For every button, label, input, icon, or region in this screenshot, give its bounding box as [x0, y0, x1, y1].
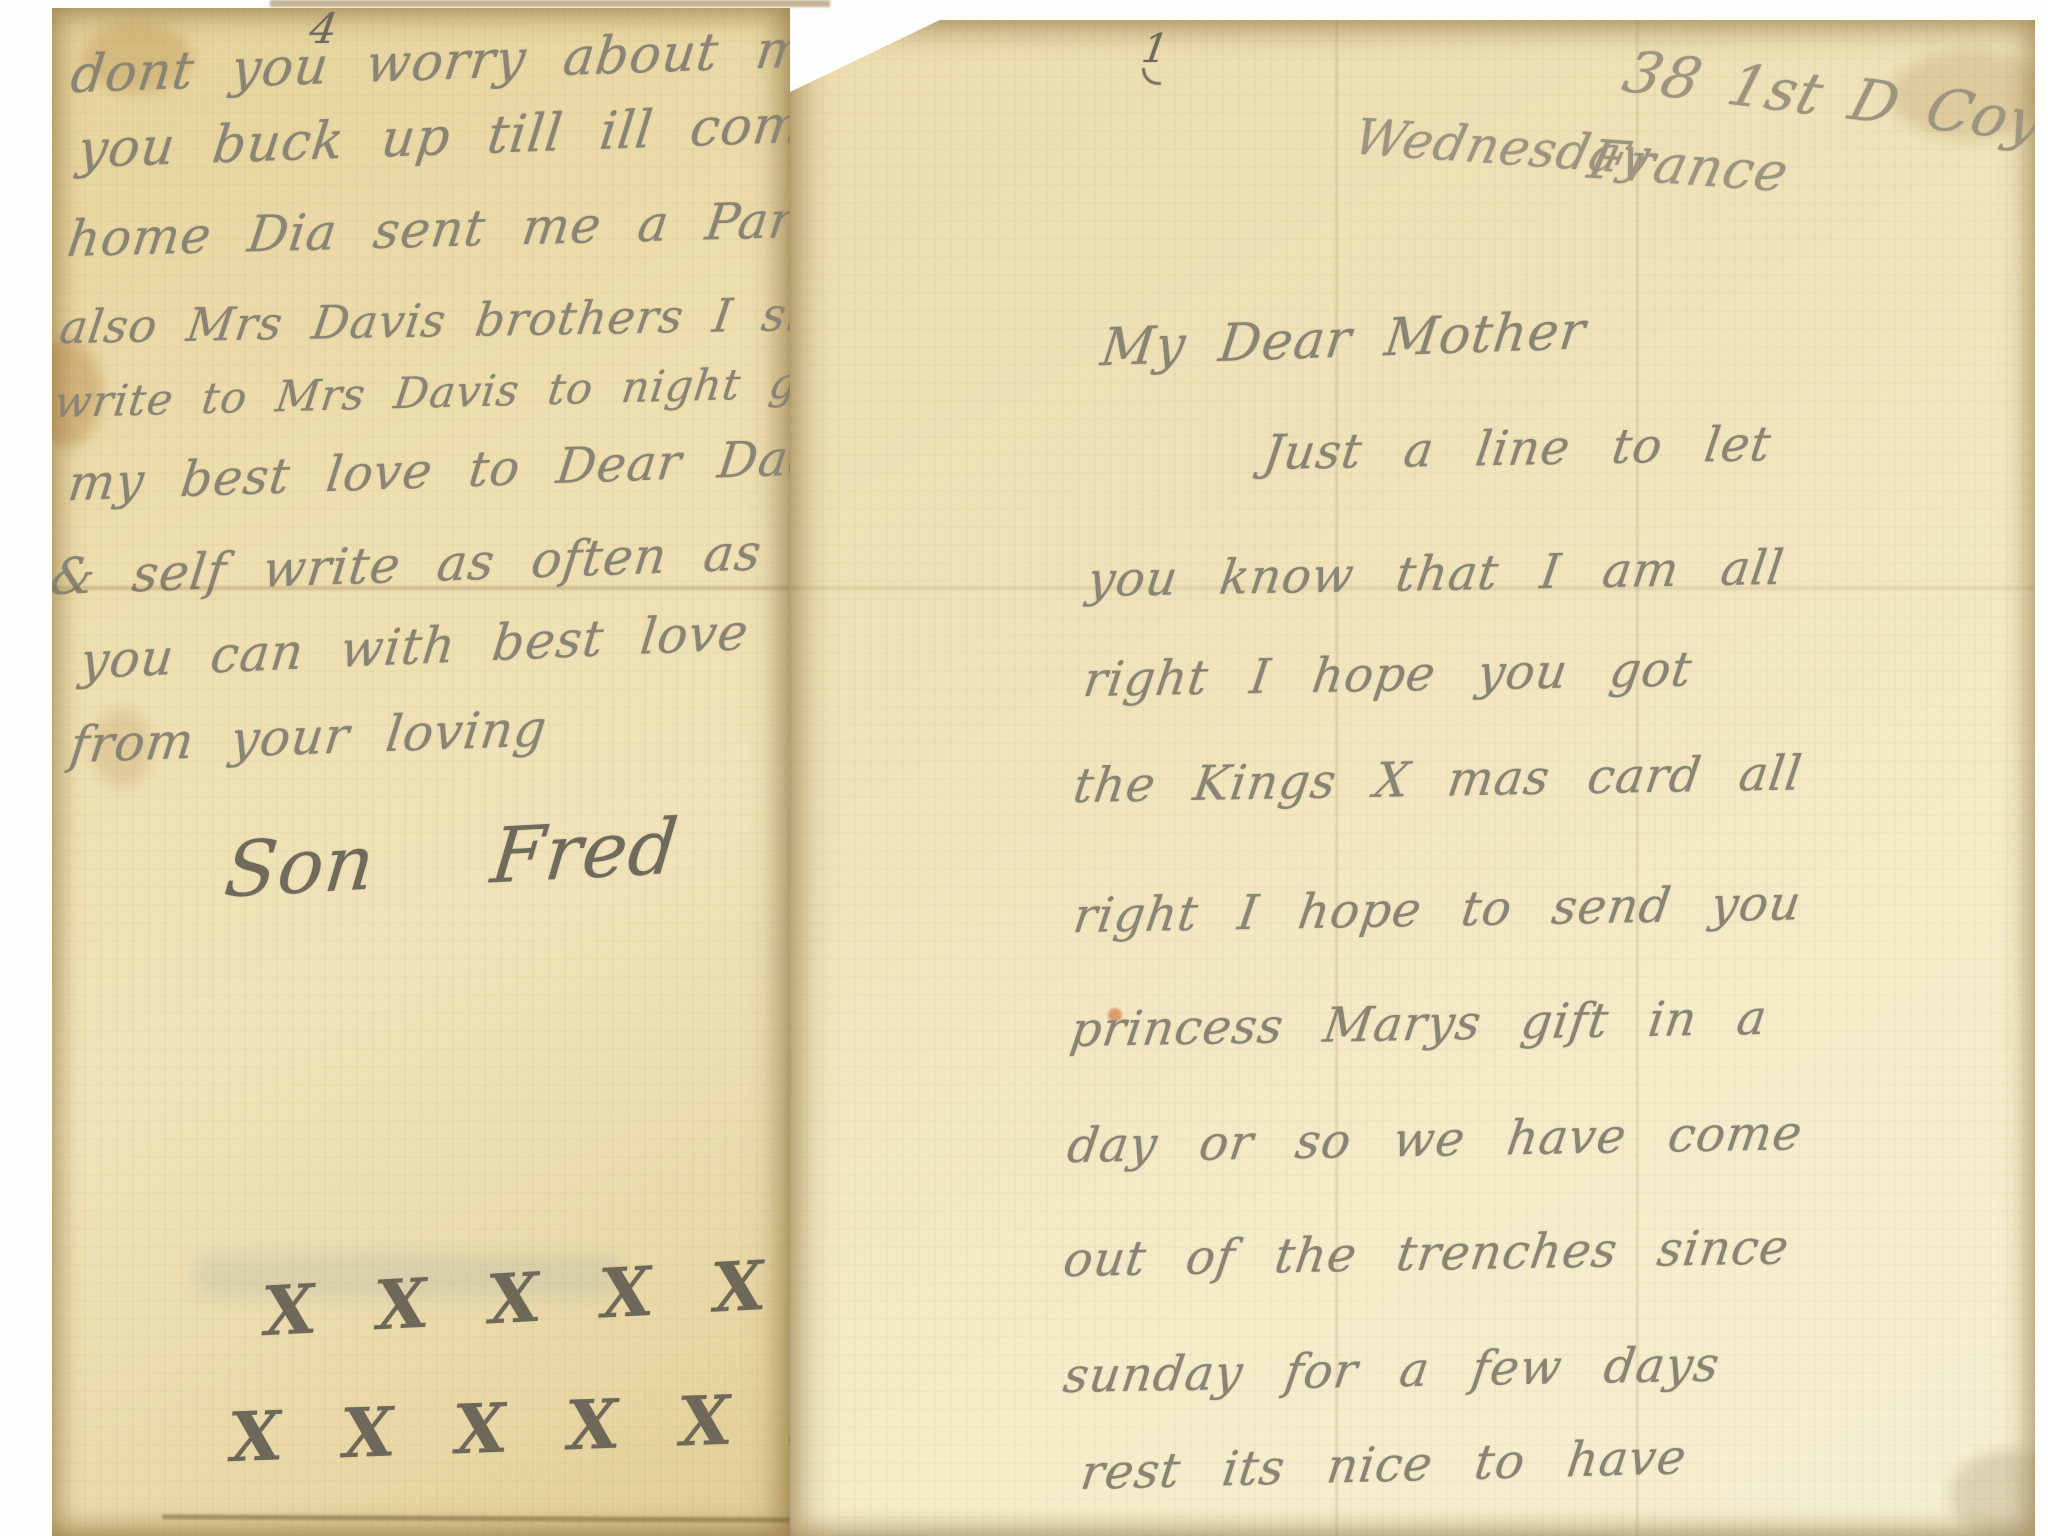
scan-top-edge — [270, 0, 830, 7]
salutation: My Dear Mother — [1098, 301, 1590, 378]
letter-line: my best love to Dear Dad — [65, 429, 790, 513]
letter-page-right: 1 38 1st D Coy Wednesday France My Dear … — [790, 20, 2035, 1536]
letter-line: home Dia sent me a Parcel — [64, 189, 790, 268]
letter-line: day or so we have come — [1064, 1105, 1806, 1174]
letter-line: right I hope to send you — [1070, 875, 1805, 944]
signature: Son Fred — [221, 801, 683, 914]
letter-line: princess Marys gift in a — [1067, 990, 1771, 1058]
letter-line: you know that I am all — [1084, 540, 1788, 608]
letter-line: the Kings X mas card all — [1070, 745, 1806, 814]
page-number-right: 1 — [1139, 26, 1173, 72]
letter-line: out of the trenches since — [1060, 1219, 1793, 1288]
letter-line: you buck up till ill come — [75, 94, 790, 181]
letter-line: write to Mrs Davis to night gie — [52, 357, 790, 428]
kisses-row: X X X X X X / — [224, 1373, 790, 1478]
stain — [1950, 1450, 2035, 1536]
letter-line: right I hope you got — [1080, 641, 1696, 708]
letter-line: sunday for a few days — [1060, 1337, 1723, 1405]
letter-line: & self write as often as — [52, 523, 765, 606]
letter-line: dont you worry about me — [68, 18, 790, 105]
letter-page-left: 4 dont you worry about me you buck up ti… — [52, 8, 790, 1536]
letter-line: rest its nice to have — [1078, 1429, 1691, 1501]
torn-corner-crease — [790, 20, 943, 86]
letter-line: you can with best love — [77, 603, 752, 691]
fold-crease-horizontal — [52, 585, 790, 591]
letter-line: Just a line to let — [1260, 416, 1775, 481]
page-bottom-edge — [162, 1514, 790, 1522]
letter-line: also Mrs Davis brothers I shall — [56, 286, 790, 354]
place-heading: France — [1583, 128, 1795, 204]
letter-line: from your loving — [67, 699, 551, 774]
page-number-flourish — [1142, 68, 1161, 85]
